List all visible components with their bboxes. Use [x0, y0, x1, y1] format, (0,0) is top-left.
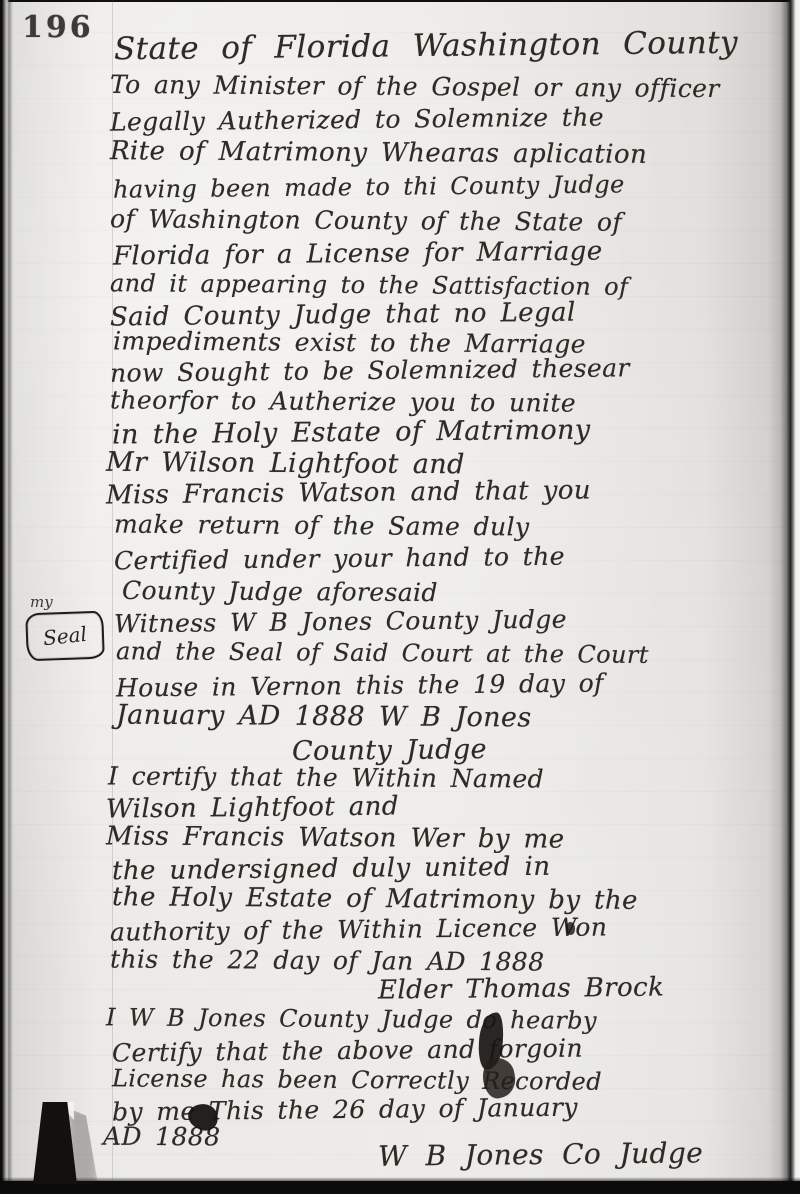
handwritten-line: License has been Correctly Recorded — [112, 1064, 602, 1095]
handwritten-line: Certify that the above and forgoin — [112, 1034, 583, 1068]
handwritten-line: To any Minister of the Gospel or any off… — [110, 70, 720, 103]
handwritten-line: this the 22 day of Jan AD 1888 — [110, 944, 545, 976]
handwritten-line: House in Vernon this the 19 day of — [116, 668, 604, 702]
photo-top-edge — [0, 0, 800, 2]
handwritten-line: Florida for a License for Marriage — [113, 236, 603, 271]
handwritten-line: in the Holy Estate of Matrimony — [112, 414, 591, 450]
handwritten-line: Mr Wilson Lightfoot and — [106, 447, 465, 481]
handwritten-line: January AD 1888 W B Jones — [116, 700, 532, 734]
handwritten-line: I certify that the Within Named — [108, 761, 544, 793]
handwritten-line: the Holy Estate of Matrimony by the — [112, 882, 638, 916]
page-right-edge — [768, 0, 800, 1194]
handwritten-line: authority of the Within Licence Won — [110, 912, 608, 946]
handwritten-line: of Washington County of the State of — [110, 204, 622, 237]
handwritten-line: Certified under your hand to the — [114, 542, 565, 576]
photo-bottom-edge — [0, 1181, 800, 1194]
handwritten-line: Legally Autherized to Solemnize the — [110, 102, 604, 136]
handwritten-line: County Judge aforesaid — [122, 576, 438, 607]
seal-label: Seal — [42, 622, 88, 650]
handwritten-line: Miss Francis Watson and that you — [106, 475, 591, 510]
page-number: 196 — [22, 10, 94, 45]
handwritten-line: having been made to thi County Judge — [113, 170, 625, 203]
signature-w-b-jones-county-judge: W B Jones Co Judge — [378, 1136, 703, 1172]
handwritten-line: now Sought to be Solemnized thesear — [110, 353, 630, 387]
ink-speck — [566, 922, 575, 935]
handwritten-line: make return of the Same duly — [114, 510, 530, 542]
handwritten-line: the undersigned duly united in — [112, 852, 551, 887]
handwritten-line: Wilson Lightfoot and — [106, 791, 399, 824]
record-book-page-scan: 196 my Seal State of Florida Washington … — [0, 0, 800, 1194]
handwritten-line: and the Seal of Said Court at the Court — [116, 637, 649, 669]
signature-elder-thomas-brock: Elder Thomas Brock — [378, 973, 665, 1006]
handwritten-line: theorfor to Autherize you to unite — [110, 385, 576, 417]
handwritten-line: Miss Francis Watson Wer by me — [106, 821, 565, 854]
handwritten-line: Rite of Matrimony Whearas aplication — [110, 136, 647, 170]
margin-scribble: my — [30, 593, 53, 611]
handwritten-line: Witness W B Jones County Judge — [114, 605, 567, 639]
handwritten-line: I W B Jones County Judge do hearby — [106, 1003, 597, 1034]
handwritten-line: and it appearing to the Sattisfaction of — [110, 269, 629, 301]
seal-stamp: Seal — [25, 611, 105, 662]
handwritten-line-heading: State of Florida Washington County — [114, 25, 738, 68]
book-binding-left-edge — [0, 0, 14, 1194]
